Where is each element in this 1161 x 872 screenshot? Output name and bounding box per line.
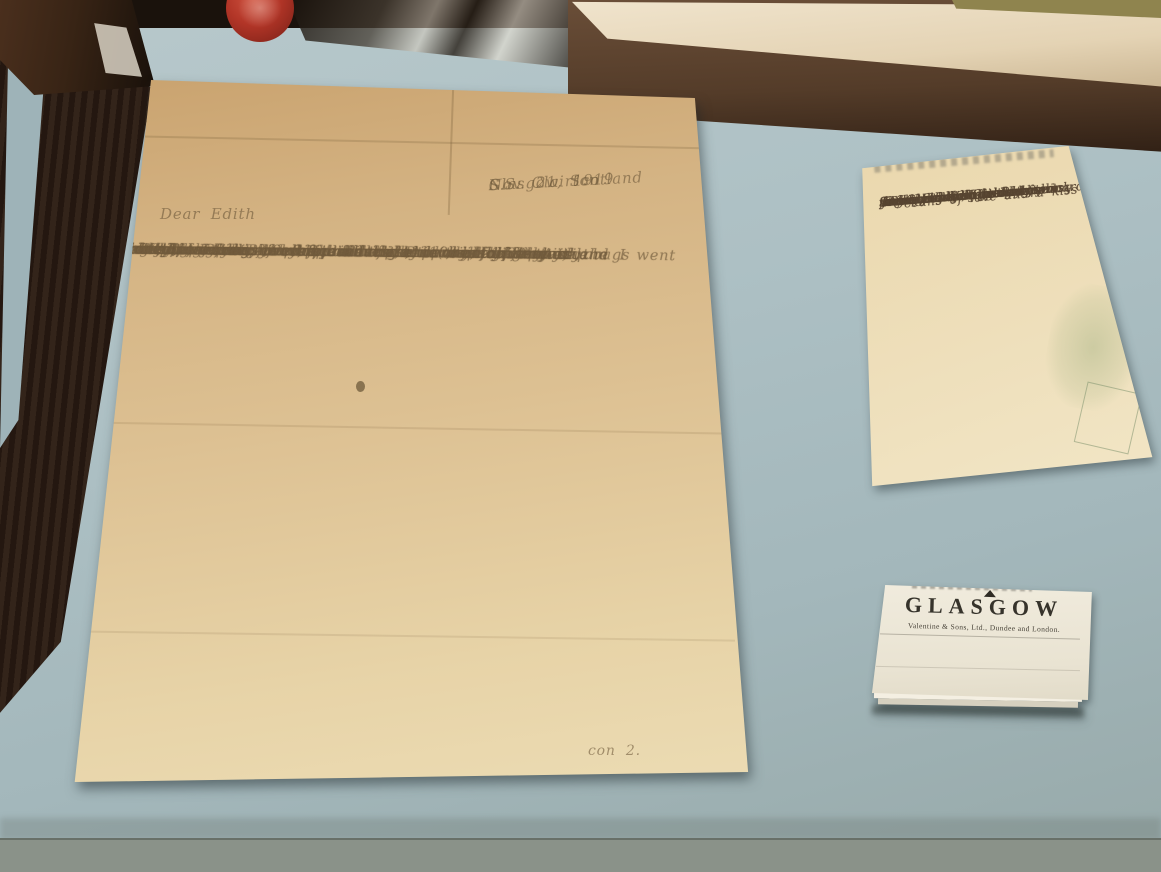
mat-front-edge — [0, 838, 1161, 872]
fold-crease — [75, 630, 735, 641]
booklet-title: GLASGOW — [868, 591, 1101, 623]
handwritten-line: street — [114, 237, 162, 262]
glasgow-booklet: GLASGOW Valentine & Sons, Ltd., Dundee a… — [868, 576, 1100, 726]
stamp-box — [1074, 381, 1143, 454]
mat-shade — [0, 818, 1161, 840]
ink-speck — [356, 381, 365, 392]
postcard: Dear Little GirlA lot has happenedsince … — [840, 135, 1161, 497]
cover-crease — [876, 666, 1080, 671]
printed-edge-text — [874, 149, 1054, 173]
fold-crease — [90, 134, 720, 149]
signature: Del. — [948, 186, 976, 205]
booklet-imprint: Valentine & Sons, Ltd., Dundee and Londo… — [868, 620, 1100, 635]
small-print-row — [912, 583, 1032, 591]
fold-crease — [448, 85, 455, 215]
letter-salutation: Dear Edith — [160, 205, 256, 223]
fold-crease — [80, 421, 730, 434]
handwritten-line: deck cars that run up the left hand side… — [120, 237, 546, 267]
page-continuation-note: con 2. — [588, 743, 641, 759]
letter-heading: S.S. ClairtonNov. 21, 1919Glasgow Scotla… — [488, 161, 728, 174]
postcard-paper: Dear Little GirlA lot has happenedsince … — [840, 135, 1161, 497]
museum-display-photo: S.S. ClairtonNov. 21, 1919Glasgow Scotla… — [0, 0, 1161, 872]
letter-heading-line: Glasgow Scotland — [488, 165, 643, 197]
letter-body: I am in Bonny Scotland the land of kilts… — [112, 237, 722, 244]
handwritten-letter: S.S. ClairtonNov. 21, 1919Glasgow Scotla… — [60, 75, 760, 795]
rule-line — [880, 633, 1080, 639]
postcard-body: Dear Little GirlA lot has happenedsince … — [878, 172, 1139, 193]
printed-side-text — [1118, 200, 1152, 318]
letter-paper: S.S. ClairtonNov. 21, 1919Glasgow Scotla… — [60, 75, 760, 795]
